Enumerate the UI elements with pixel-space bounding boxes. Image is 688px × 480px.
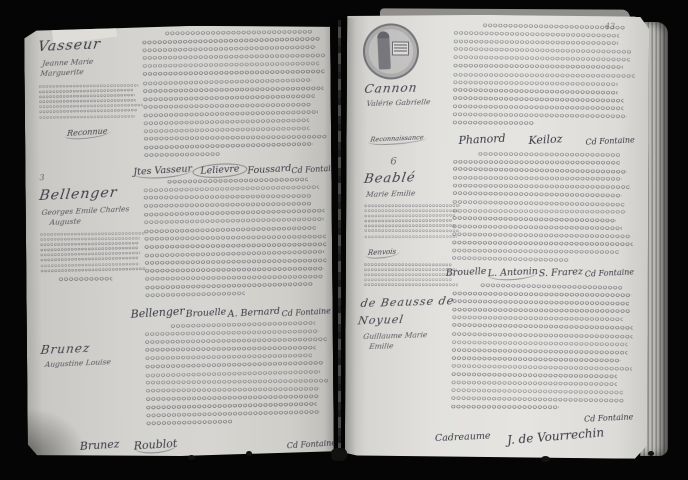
handwriting-line <box>452 183 629 191</box>
handwriting-line <box>451 395 624 404</box>
handwriting-line <box>452 111 626 119</box>
handwriting-line <box>451 355 620 364</box>
handwriting-line <box>144 224 316 234</box>
signature: J. de Vourrechin <box>506 425 604 447</box>
handwriting-line <box>144 151 220 158</box>
handwriting-line <box>452 298 629 307</box>
handwriting-line <box>477 151 619 158</box>
handwriting-line <box>451 347 627 356</box>
act-body-text <box>142 28 328 161</box>
handwriting-line <box>364 277 452 281</box>
handwriting-line <box>452 247 619 255</box>
handwriting-line <box>144 233 326 241</box>
handwriting-line <box>453 38 618 46</box>
handwriting-line <box>452 215 616 224</box>
handwriting-line <box>452 103 623 111</box>
handwriting-line <box>145 281 313 291</box>
margin-surname: Vasseur <box>37 34 152 55</box>
signature-row: Brunez Roublot Cd Fontaine <box>80 437 330 454</box>
handwriting-line <box>452 190 621 199</box>
handwriting-line <box>453 54 630 63</box>
margin-note: Reconnaissance <box>368 133 429 146</box>
handwriting-line <box>146 409 320 419</box>
handwriting-line <box>451 404 559 411</box>
handwriting-line <box>453 166 627 175</box>
ink-speck <box>541 456 550 462</box>
handwriting-line <box>364 234 457 238</box>
signature-row: Cd Fontaine <box>545 413 633 422</box>
handwriting-line <box>452 239 634 247</box>
handwriting-line <box>364 203 460 207</box>
handwriting-line <box>452 223 622 231</box>
handwriting-line <box>453 79 618 87</box>
handwriting-line <box>165 29 314 37</box>
act-number: 3 <box>39 172 151 182</box>
margin-given-names: Emilie <box>369 339 464 351</box>
handwriting-line <box>452 322 633 331</box>
signature: Cadreaume <box>435 431 491 445</box>
margin-annotation <box>40 231 147 272</box>
act-body-text <box>451 150 634 266</box>
margin-paraph <box>58 276 116 283</box>
handwriting-line <box>453 71 635 78</box>
act-body-text <box>144 320 330 428</box>
stamp-figure-icon <box>377 31 391 70</box>
margin-note: Renvois <box>365 247 400 259</box>
act-body-text <box>143 176 329 301</box>
handwriting-line <box>452 198 624 207</box>
handwriting-line <box>451 379 617 387</box>
margin-surname: de Beausse de Noyuel <box>357 293 466 329</box>
handwriting-line <box>364 209 458 213</box>
signature: Phanord <box>458 132 506 147</box>
handwriting-line <box>145 368 320 378</box>
signature: Foussard <box>247 163 292 177</box>
revenue-stamp-icon <box>363 23 419 79</box>
handwriting-line <box>143 93 315 102</box>
handwriting-line <box>453 30 619 39</box>
handwriting-line <box>364 283 458 287</box>
margin-surname: Bellenger <box>38 183 153 204</box>
handwriting-line <box>167 176 308 184</box>
act-body-text <box>452 22 635 129</box>
officer-signature: Cd Fontaine <box>584 412 634 423</box>
margin-annotation <box>38 83 143 119</box>
handwriting-line <box>144 265 323 273</box>
act-body-text <box>451 282 635 414</box>
handwriting-line <box>145 377 328 385</box>
handwriting-line <box>58 276 112 283</box>
signature-row: Cadreaume J. de Vourrechin <box>435 429 635 444</box>
handwriting-line <box>452 290 631 298</box>
margin-given-names: Augustine Louise <box>44 355 153 369</box>
handwriting-line <box>144 141 313 151</box>
handwriting-line <box>364 262 452 266</box>
handwriting-line <box>142 69 324 78</box>
handwriting-line <box>145 290 245 298</box>
margin-entry-brunez: Brunez Augustine Louise <box>41 340 153 367</box>
handwriting-line <box>452 175 621 182</box>
signature: Brouelle <box>186 307 227 320</box>
signature-row: Bellenger Brouelle A. Bernard Cd Fontain… <box>131 305 331 320</box>
handwriting-line <box>452 307 630 315</box>
handwriting-line <box>39 114 135 119</box>
signature: Keiloz <box>528 132 562 147</box>
ink-speck <box>246 451 252 456</box>
handwriting-line <box>364 213 455 217</box>
handwriting-line <box>451 363 632 372</box>
margin-annotation <box>364 203 460 238</box>
signature: Roublot <box>133 437 177 455</box>
handwriting-line <box>39 108 137 114</box>
handwriting-line <box>143 101 311 109</box>
handwriting-line <box>451 255 568 263</box>
handwriting-line <box>364 272 456 276</box>
signature: Brouelle <box>446 266 487 279</box>
signature-row: Phanord Keiloz Cd Fontaine <box>458 133 634 147</box>
handwriting-line <box>452 119 534 126</box>
handwriting-line <box>482 22 625 31</box>
handwriting-line <box>453 63 623 71</box>
officer-signature: Cd Fontaine <box>585 135 635 146</box>
handwriting-line <box>143 193 311 201</box>
handwriting-line <box>452 207 626 214</box>
register-scan: Vasseur Jeanne Marie Marguerite Reconnue… <box>0 0 688 480</box>
margin-entry-de-beausse: de Beausse de Noyuel Guillaume Marie Emi… <box>359 294 463 350</box>
handwriting-line <box>146 419 232 427</box>
margin-surname: Beablé <box>363 169 466 187</box>
handwriting-line <box>144 257 326 266</box>
handwriting-line <box>364 267 457 271</box>
handwriting-line <box>453 95 624 104</box>
signature-row: Brouelle L. Antonin S. Frarez Cd Fontain… <box>446 267 634 281</box>
signature: A. Bernard <box>227 306 280 320</box>
handwriting-line <box>145 385 319 393</box>
handwriting-line <box>453 159 620 166</box>
signature: L. Antonin <box>487 266 538 281</box>
stamp-plaque <box>392 41 409 55</box>
binding-line <box>338 20 341 456</box>
handwriting-line <box>451 371 617 379</box>
handwriting-line <box>142 76 311 86</box>
handwriting-line <box>451 339 627 347</box>
page-corner-shadow <box>27 407 87 458</box>
handwriting-line <box>364 229 459 233</box>
ink-blotch <box>331 448 347 461</box>
handwriting-line <box>453 86 619 95</box>
handwriting-line <box>452 330 633 339</box>
handwriting-line <box>364 224 456 228</box>
handwriting-line <box>480 282 622 291</box>
ink-speck <box>188 455 195 460</box>
officer-signature: Cd Fontaine <box>584 267 634 278</box>
margin-note: Reconnue <box>64 126 112 140</box>
margin-surname: Brunez <box>40 338 154 357</box>
handwriting-line <box>364 219 452 223</box>
margin-given-names: Marie Emilie <box>366 187 465 199</box>
right-page: 43 Cannon Valérie Gabrielle Reconnaissan… <box>345 14 649 459</box>
ink-speck <box>648 451 654 456</box>
signature: S. Frarez <box>539 266 584 279</box>
handwriting-line <box>452 231 631 239</box>
margin-entry-bellenger: 3 Bellenger Georges Emile Charles August… <box>39 172 152 285</box>
left-page: Vasseur Jeanne Marie Marguerite Reconnue… <box>24 25 334 458</box>
margin-entry-vasseur: Vasseur Jeanne Marie Marguerite Reconnue <box>38 36 151 139</box>
signature: Bellenger <box>130 305 185 321</box>
